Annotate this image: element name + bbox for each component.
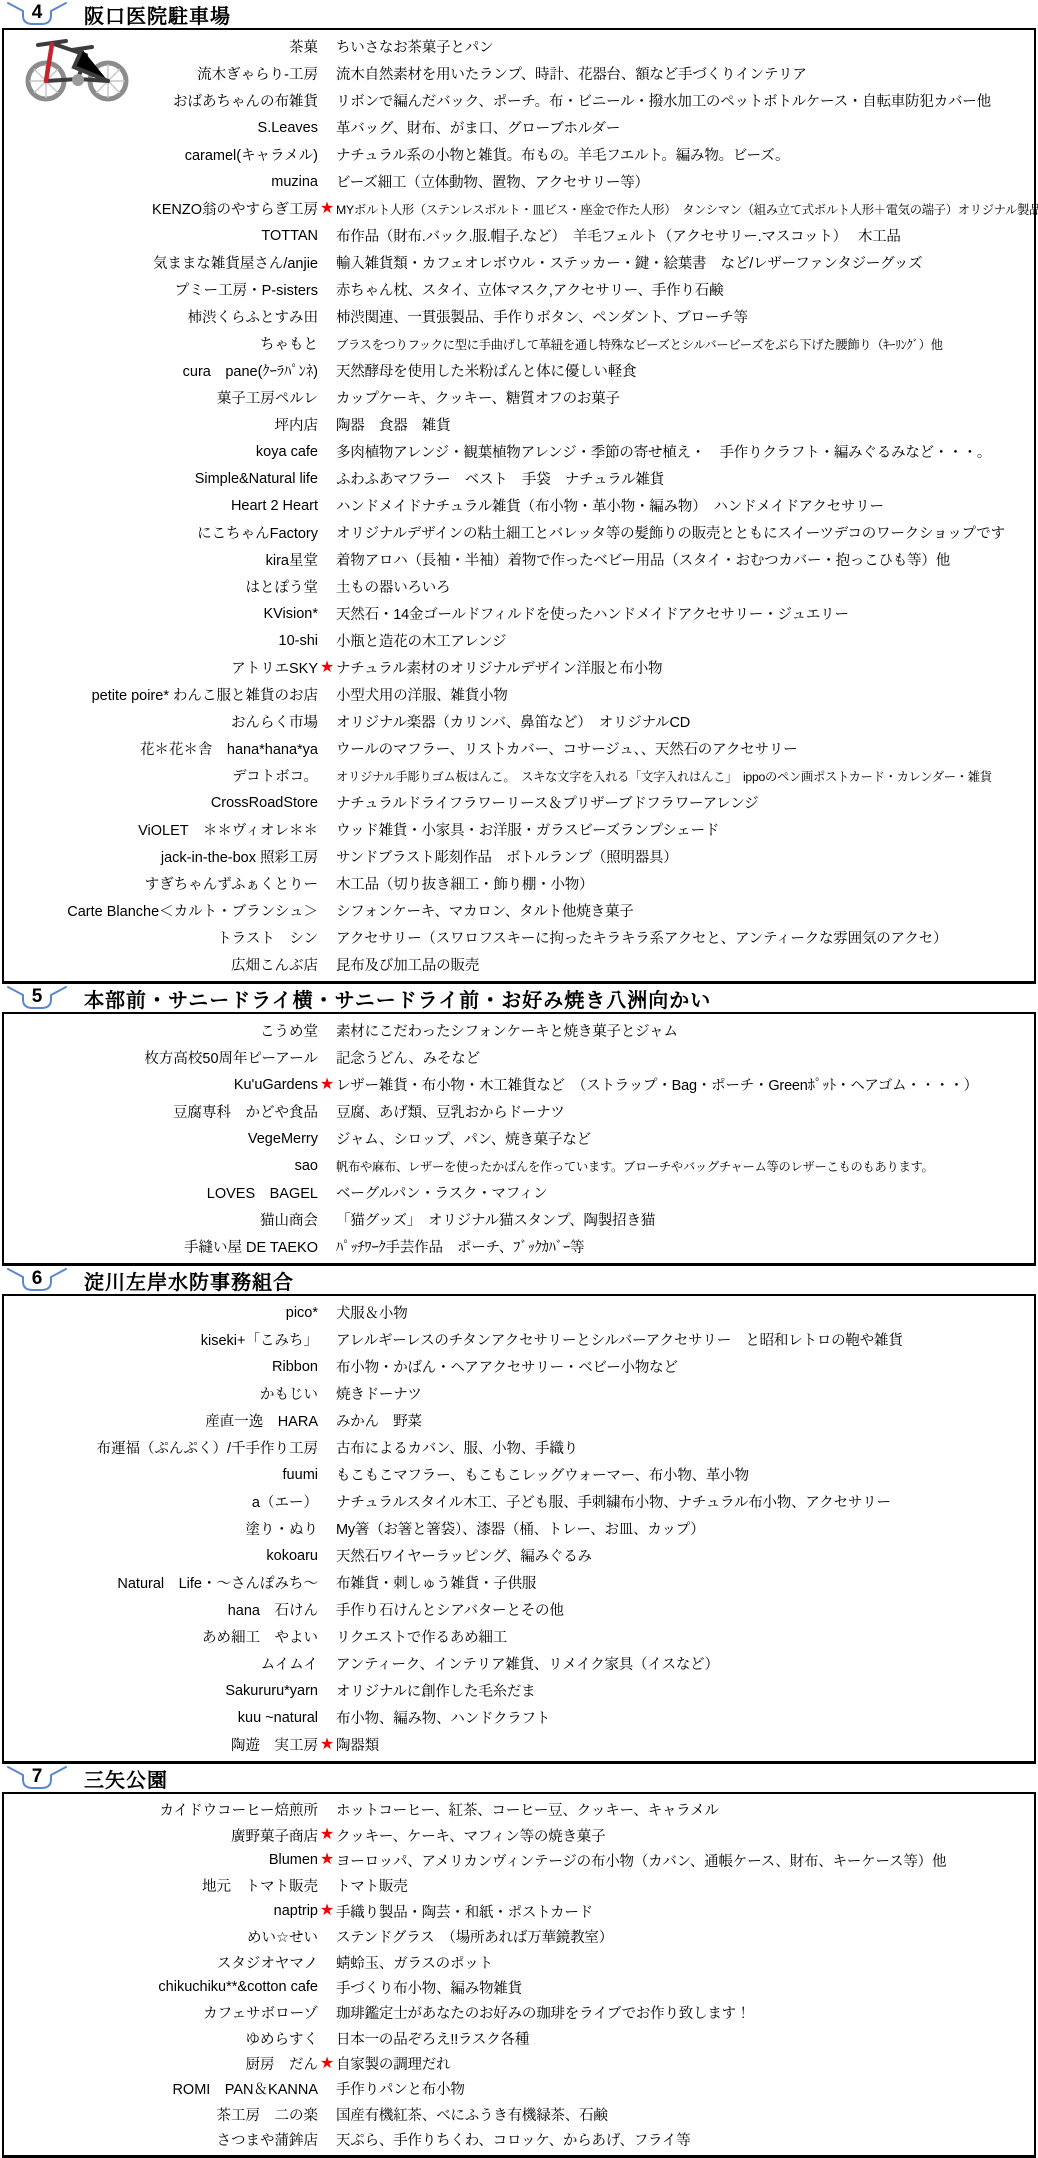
- vendor-name: 塗り・ぬり: [6, 1518, 318, 1539]
- vendor-name: 柿渋くらふとすみ田: [6, 306, 318, 327]
- vendor-description: ﾊﾟｯﾁﾜｰｸ手芸作品 ポーチ、ﾌﾞｯｸｶﾊﾞｰ等: [336, 1236, 1032, 1257]
- table-row: fuumi もこもこマフラー、もこもこレッグウォーマー、布小物、革小物: [6, 1461, 1032, 1488]
- table-row: 陶遊 実工房 ★ 陶器類: [6, 1731, 1032, 1758]
- vendor-description: シフォンケーキ、マカロン、タルト他焼き菓子: [336, 900, 1032, 921]
- vendor-description: 焼きドーナツ: [336, 1383, 1032, 1404]
- vendor-name: アトリエSKY: [6, 657, 318, 678]
- vendor-description: リクエストで作るあめ細工: [336, 1626, 1032, 1647]
- table-row: Blumen ★ ヨーロッパ、アメリカンヴィンテージの布小物（カバン、通帳ケース…: [6, 1848, 1032, 1873]
- table-row: トラスト シン アクセサリー（スワロフスキーに拘ったキラキラ系アクセと、アンティ…: [6, 924, 1032, 951]
- vendor-description: 手作りパンと布小物: [336, 2078, 1032, 2099]
- vendor-description: 革バッグ、財布、がま口、グローブホルダー: [336, 117, 1032, 138]
- vendor-description: オリジナルデザインの粘土細工とバレッタ等の髪飾りの販売とともにスイーツデコのワー…: [336, 522, 1032, 543]
- table-row: 柿渋くらふとすみ田 柿渋関連、一貫張製品、手作りボタン、ペンダント、ブローチ等: [6, 303, 1032, 330]
- vendor-description: 自家製の調理だれ: [336, 2053, 1032, 2074]
- table-row: petite poire* わんこ服と雑貨のお店 小型犬用の洋服、雑貨小物: [6, 681, 1032, 708]
- vendor-name: Heart 2 Heart: [6, 498, 318, 514]
- vendor-name: 枚方高校50周年ピーアール: [6, 1047, 318, 1068]
- vendor-description: 木工品（切り抜き細工・飾り棚・小物）: [336, 873, 1032, 894]
- vendor-name: 菓子工房ペルレ: [6, 387, 318, 408]
- section-header: 6 淀川左岸水防事務組合: [0, 1266, 1038, 1294]
- vendor-description: ジャム、シロップ、パン、焼き菓子など: [336, 1128, 1032, 1149]
- vendor-name: VegeMerry: [6, 1131, 318, 1147]
- numbered-cup-marker: 4: [6, 1, 68, 28]
- table-row: ムイムイ アンティーク、インテリア雑貨、リメイク家具（イスなど）: [6, 1650, 1032, 1677]
- vendor-name: kuu ~natural: [6, 1710, 318, 1726]
- vendor-rows: pico* 犬服＆小物 kiseki+「こみち」 アレルギーレスのチタンアクセサ…: [6, 1299, 1032, 1758]
- vendor-description: MYボルト人形（ステンレスボルト・皿ビス・座金で作た人形） タンシマン（組み立て…: [336, 200, 1038, 218]
- table-row: Sakururu*yarn オリジナルに創作した毛糸だま: [6, 1677, 1032, 1704]
- vendor-name: Simple&Natural life: [6, 471, 318, 487]
- vendor-name: 豆腐専科 かどや食品: [6, 1101, 318, 1122]
- section-box: 茶菓 ちいさなお茶菓子とパン 流木ぎゃらり-工房 流木自然素材を用いたランプ、時…: [2, 28, 1036, 984]
- table-row: あめ細工 やよい リクエストで作るあめ細工: [6, 1623, 1032, 1650]
- vendor-name: 陶遊 実工房: [6, 1734, 318, 1755]
- vendor-name: 廣野菓子商店: [6, 1825, 318, 1846]
- section-yodogawa-sagan: 6 淀川左岸水防事務組合 pico* 犬服＆小物 kiseki+「こみち」 アレ…: [0, 1266, 1038, 1764]
- table-row: ちゃもと ブラスをつりフックに型に手曲げして革紐を通し特殊なビーズとシルバービー…: [6, 330, 1032, 357]
- vendor-name: kiseki+「こみち」: [6, 1329, 318, 1350]
- star-icon: ★: [320, 200, 334, 217]
- table-row: デコトボコ。 オリジナル手彫りゴム板はんこ。 スキな文字を入れる「文字入れはんこ…: [6, 762, 1032, 789]
- vendor-description: ステンドグラス （場所あれば万華鏡教室）: [336, 1926, 1032, 1947]
- table-row: 流木ぎゃらり-工房 流木自然素材を用いたランプ、時計、花器台、額など手づくりイン…: [6, 60, 1032, 87]
- vendor-description: 日本一の品ぞろえ!!ラスク各種: [336, 2028, 1032, 2049]
- vendor-name: デコトボコ。: [6, 765, 318, 786]
- vendor-description: オリジナル楽器（カリンバ、鼻笛など） オリジナルCD: [336, 711, 1032, 732]
- vendor-name: 坪内店: [6, 414, 318, 435]
- table-row: すぎちゃんずふぁくとりー 木工品（切り抜き細工・飾り棚・小物）: [6, 870, 1032, 897]
- vendor-name: caramel(キャラメル): [6, 144, 318, 165]
- vendor-description: ホットコーヒー、紅茶、コーヒー豆、クッキー、キャラメル: [336, 1799, 1032, 1820]
- vendor-description: オリジナルに創作した毛糸だま: [336, 1680, 1032, 1701]
- vendor-description: 陶器 食器 雑貨: [336, 414, 1032, 435]
- vendor-name: sao: [6, 1158, 318, 1174]
- section-box: pico* 犬服＆小物 kiseki+「こみち」 アレルギーレスのチタンアクセサ…: [2, 1294, 1036, 1764]
- vendor-name: ViOLET ＊＊ヴィオレ＊＊: [6, 819, 318, 840]
- vendor-name: pico*: [6, 1305, 318, 1321]
- table-row: CrossRoadStore ナチュラルドライフラワーリース＆プリザーブドフラワ…: [6, 789, 1032, 816]
- vendor-description: 布小物・かばん・ヘアアクセサリー・ベビー小物など: [336, 1356, 1032, 1377]
- vendor-name: S.Leaves: [6, 120, 318, 136]
- star-icon: ★: [320, 1902, 334, 1919]
- vendor-description: ベーグルパン・ラスク・マフィン: [336, 1182, 1032, 1203]
- table-row: スタジオヤマノ 蜻蛉玉、ガラスのポット: [6, 1949, 1032, 1974]
- table-row: おんらく市場 オリジナル楽器（カリンバ、鼻笛など） オリジナルCD: [6, 708, 1032, 735]
- vendor-description: 土もの器いろいろ: [336, 576, 1032, 597]
- vendor-name: おんらく市場: [6, 711, 318, 732]
- vendor-description: ナチュラル素材のオリジナルデザイン洋服と布小物: [336, 657, 1032, 678]
- table-row: VegeMerry ジャム、シロップ、パン、焼き菓子など: [6, 1125, 1032, 1152]
- table-row: muzina ビーズ細工（立体動物、置物、アクセサリー等）: [6, 168, 1032, 195]
- vendor-description: ナチュラルスタイル木工、子ども服、手刺繍布小物、ナチュラル布小物、アクセサリー: [336, 1491, 1032, 1512]
- vendor-name: ちゃもと: [6, 333, 318, 354]
- section-box: こうめ堂 素材にこだわったシフォンケーキと焼き菓子とジャム 枚方高校50周年ピー…: [2, 1012, 1036, 1266]
- table-row: 菓子工房ペルレ カップケーキ、クッキー、糖質オフのお菓子: [6, 384, 1032, 411]
- table-row: 茶工房 二の楽 国産有機紅茶、べにふうき有機緑茶、石鹸: [6, 2102, 1032, 2127]
- star-icon: ★: [320, 1736, 334, 1753]
- table-row: TOTTAN 布作品（財布.バック.服.帽子.など） 羊毛フェルト（アクセサリー…: [6, 222, 1032, 249]
- table-row: アトリエSKY ★ ナチュラル素材のオリジナルデザイン洋服と布小物: [6, 654, 1032, 681]
- vendor-description: ヨーロッパ、アメリカンヴィンテージの布小物（カバン、通帳ケース、財布、キーケース…: [336, 1850, 1032, 1871]
- table-row: naptrip ★ 手織り製品・陶芸・和紙・ポストカード: [6, 1899, 1032, 1924]
- table-row: カイドウコーヒー焙煎所 ホットコーヒー、紅茶、コーヒー豆、クッキー、キャラメル: [6, 1797, 1032, 1822]
- table-row: caramel(キャラメル) ナチュラル系の小物と雑貨。布もの。羊毛フエルト。編…: [6, 141, 1032, 168]
- table-row: 手縫い屋 DE TAEKO ﾊﾟｯﾁﾜｰｸ手芸作品 ポーチ、ﾌﾞｯｸｶﾊﾞｰ等: [6, 1233, 1032, 1260]
- section-title: 阪口医院駐車場: [84, 0, 231, 29]
- table-row: cura pane(ｸｰﾗﾊﾟﾝﾈ) 天然酵母を使用した米粉ぱんと体に優しい軽食: [6, 357, 1032, 384]
- table-row: Ku'uGardens ★ レザー雑貨・布小物・木工雑貨など （ストラップ・Ba…: [6, 1071, 1032, 1098]
- vendor-list-page: 4 阪口医院駐車場: [0, 0, 1038, 2158]
- table-row: ゆめらすく 日本一の品ぞろえ!!ラスク各種: [6, 2026, 1032, 2051]
- table-row: Carte Blanche＜カルト・ブランシュ＞ シフォンケーキ、マカロン、タル…: [6, 897, 1032, 924]
- vendor-description: ビーズ細工（立体動物、置物、アクセサリー等）: [336, 171, 1032, 192]
- vendor-name: ROMI PAN＆KANNA: [6, 2078, 318, 2099]
- vendor-description: ウールのマフラー、リストカバー、コサージュ、、天然石のアクセサリー: [336, 738, 1032, 759]
- table-row: koya cafe 多肉植物アレンジ・観葉植物アレンジ・季節の寄せ植え・ 手作り…: [6, 438, 1032, 465]
- star-icon: ★: [320, 1076, 334, 1093]
- vendor-description: 記念うどん、みそなど: [336, 1047, 1032, 1068]
- vendor-description: 天ぷら、手作りちくわ、コロッケ、からあげ、フライ等: [336, 2129, 1032, 2150]
- table-row: 布運福（ぷんぷく）/千手作り工房 古布によるカバン、服、小物、手織り: [6, 1434, 1032, 1461]
- vendor-name: cura pane(ｸｰﾗﾊﾟﾝﾈ): [6, 360, 318, 381]
- vendor-description: 手づくり布小物、編み物雑貨: [336, 1977, 1032, 1998]
- section-number: 5: [6, 986, 68, 1008]
- vendor-rows: 茶菓 ちいさなお茶菓子とパン 流木ぎゃらり-工房 流木自然素材を用いたランプ、時…: [6, 33, 1032, 978]
- vendor-name: muzina: [6, 174, 318, 190]
- vendor-name: KVision*: [6, 606, 318, 622]
- vendor-name: 花＊花＊舎 hana*hana*ya: [6, 738, 318, 759]
- vendor-description: 赤ちゃん枕、スタイ、立体マスク,アクセサリー、手作り石鹸: [336, 279, 1032, 300]
- vendor-description: トマト販売: [336, 1875, 1032, 1896]
- vendor-description: ハンドメイドナチュラル雑貨（布小物・革小物・編み物） ハンドメイドアクセサリー: [336, 495, 1032, 516]
- vendor-name: fuumi: [6, 1467, 318, 1483]
- table-row: めい☆せい ステンドグラス （場所あれば万華鏡教室）: [6, 1924, 1032, 1949]
- vendor-name: LOVES BAGEL: [6, 1182, 318, 1203]
- vendor-name: さつまや蒲鉾店: [6, 2129, 318, 2150]
- vendor-name: プミー工房・P-sisters: [6, 279, 318, 300]
- numbered-cup-marker: 6: [6, 1267, 68, 1294]
- table-row: 坪内店 陶器 食器 雑貨: [6, 411, 1032, 438]
- section-mitsuya-park: 7 三矢公園 カイドウコーヒー焙煎所 ホットコーヒー、紅茶、コーヒー豆、クッキー…: [0, 1764, 1038, 2158]
- vendor-description: 天然酵母を使用した米粉ぱんと体に優しい軽食: [336, 360, 1032, 381]
- table-row: 気ままな雑貨屋さん/anjie 輸入雑貨類・カフェオレボウル・ステッカー・鍵・絵…: [6, 249, 1032, 276]
- table-row: KENZO翁のやすらぎ工房 ★ MYボルト人形（ステンレスボルト・皿ビス・座金で…: [6, 195, 1032, 222]
- star-icon: ★: [320, 1851, 334, 1868]
- vendor-name: 地元 トマト販売: [6, 1875, 318, 1896]
- vendor-description: 手作り石けんとシアバターとその他: [336, 1599, 1032, 1620]
- vendor-description: 天然石ワイヤーラッピング、編みぐるみ: [336, 1545, 1032, 1566]
- star-icon: ★: [320, 2055, 334, 2072]
- vendor-name: jack-in-the-box 照彩工房: [6, 846, 318, 867]
- table-row: 茶菓 ちいさなお茶菓子とパン: [6, 33, 1032, 60]
- table-row: Heart 2 Heart ハンドメイドナチュラル雑貨（布小物・革小物・編み物）…: [6, 492, 1032, 519]
- vendor-name: KENZO翁のやすらぎ工房: [6, 198, 318, 219]
- vendor-description: My箸（お箸と箸袋）、漆器（桶、トレー、お皿、カップ）: [336, 1518, 1032, 1539]
- section-number: 4: [6, 2, 68, 24]
- section-title: 三矢公園: [84, 1764, 168, 1793]
- vendor-name: かもじい: [6, 1383, 318, 1404]
- table-row: kuu ~natural 布小物、編み物、ハンドクラフト: [6, 1704, 1032, 1731]
- table-row: a（エー） ナチュラルスタイル木工、子ども服、手刺繍布小物、ナチュラル布小物、ア…: [6, 1488, 1032, 1515]
- vendor-description: 小型犬用の洋服、雑貨小物: [336, 684, 1032, 705]
- vendor-name: koya cafe: [6, 444, 318, 460]
- section-sakaguchi-parking: 4 阪口医院駐車場: [0, 0, 1038, 984]
- vendor-description: 昆布及び加工品の販売: [336, 954, 1032, 975]
- vendor-description: 帆布や麻布、レザーを使ったかばんを作っています。ブローチやバッグチャーム等のレザ…: [336, 1157, 1032, 1175]
- table-row: こうめ堂 素材にこだわったシフォンケーキと焼き菓子とジャム: [6, 1017, 1032, 1044]
- vendor-name: hana 石けん: [6, 1599, 318, 1620]
- vendor-description: 犬服＆小物: [336, 1302, 1032, 1323]
- vendor-name: ムイムイ: [6, 1653, 318, 1674]
- vendor-name: カフェサボローゾ: [6, 2002, 318, 2023]
- table-row: 産直一逸 HARA みかん 野菜: [6, 1407, 1032, 1434]
- vendor-name: 気ままな雑貨屋さん/anjie: [6, 252, 318, 273]
- vendor-description: リボンで編んだバック、ポーチ。布・ビニール・撥水加工のペットボトルケース・自転車…: [336, 90, 1032, 111]
- table-row: 地元 トマト販売 トマト販売: [6, 1873, 1032, 1898]
- vendor-name: こうめ堂: [6, 1020, 318, 1041]
- vendor-name: トラスト シン: [6, 927, 318, 948]
- table-row: 厨房 だん ★ 自家製の調理だれ: [6, 2051, 1032, 2076]
- table-row: にこちゃんFactory オリジナルデザインの粘土細工とバレッタ等の髪飾りの販売…: [6, 519, 1032, 546]
- vendor-name: Sakururu*yarn: [6, 1683, 318, 1699]
- table-row: さつまや蒲鉾店 天ぷら、手作りちくわ、コロッケ、からあげ、フライ等: [6, 2127, 1032, 2152]
- vendor-name: めい☆せい: [6, 1926, 318, 1947]
- vendor-name: Ribbon: [6, 1359, 318, 1375]
- vendor-description: オリジナル手彫りゴム板はんこ。 スキな文字を入れる「文字入れはんこ」 ippoの…: [336, 767, 1032, 785]
- star-icon: ★: [320, 1826, 334, 1843]
- vendor-name: TOTTAN: [6, 228, 318, 244]
- vendor-description: 蜻蛉玉、ガラスのポット: [336, 1952, 1032, 1973]
- section-title: 淀川左岸水防事務組合: [84, 1266, 294, 1295]
- table-row: 猫山商会 「猫グッズ」 オリジナル猫スタンプ、陶製招き猫: [6, 1206, 1032, 1233]
- vendor-description: 古布によるカバン、服、小物、手織り: [336, 1437, 1032, 1458]
- section-number: 6: [6, 1268, 68, 1290]
- table-row: kokoaru 天然石ワイヤーラッピング、編みぐるみ: [6, 1542, 1032, 1569]
- table-row: kira星堂 着物アロハ（長袖・半袖）着物で作ったベビー用品（スタイ・おむつカバ…: [6, 546, 1032, 573]
- vendor-description: ふわふあマフラー ベスト 手袋 ナチュラル雑貨: [336, 468, 1032, 489]
- table-row: おばあちゃんの布雑貨 リボンで編んだバック、ポーチ。布・ビニール・撥水加工のペッ…: [6, 87, 1032, 114]
- numbered-cup-marker: 7: [6, 1765, 68, 1792]
- vendor-description: アクセサリー（スワロフスキーに拘ったキラキラ系アクセと、アンティークな雰囲気のア…: [336, 927, 1032, 948]
- table-row: hana 石けん 手作り石けんとシアバターとその他: [6, 1596, 1032, 1623]
- vendor-name: ゆめらすく: [6, 2028, 318, 2049]
- vendor-description: 多肉植物アレンジ・観葉植物アレンジ・季節の寄せ植え・ 手作りクラフト・編みぐるみ…: [336, 441, 1032, 462]
- table-row: 広畑こんぶ店 昆布及び加工品の販売: [6, 951, 1032, 978]
- table-row: LOVES BAGEL ベーグルパン・ラスク・マフィン: [6, 1179, 1032, 1206]
- vendor-description: カップケーキ、クッキー、糖質オフのお菓子: [336, 387, 1032, 408]
- section-header: 5 本部前・サニードライ横・サニードライ前・お好み焼き八洲向かい: [0, 984, 1038, 1012]
- table-row: 花＊花＊舎 hana*hana*ya ウールのマフラー、リストカバー、コサージュ…: [6, 735, 1032, 762]
- vendor-description: 布小物、編み物、ハンドクラフト: [336, 1707, 1032, 1728]
- vendor-name: 厨房 だん: [6, 2053, 318, 2074]
- vendor-description: 小瓶と造花の木工アレンジ: [336, 630, 1032, 651]
- vendor-name: カイドウコーヒー焙煎所: [6, 1799, 318, 1820]
- vendor-name: petite poire* わんこ服と雑貨のお店: [6, 684, 318, 705]
- table-row: Ribbon 布小物・かばん・ヘアアクセサリー・ベビー小物など: [6, 1353, 1032, 1380]
- vendor-name: 産直一逸 HARA: [6, 1410, 318, 1431]
- vendor-description: レザー雑貨・布小物・木工雑貨など （ストラップ・Bag・ポーチ・Greenﾎﾟｯ…: [336, 1074, 1032, 1095]
- table-row: 枚方高校50周年ピーアール 記念うどん、みそなど: [6, 1044, 1032, 1071]
- vendor-name: a（エー）: [6, 1491, 318, 1512]
- table-row: 豆腐専科 かどや食品 豆腐、あげ類、豆乳おからドーナツ: [6, 1098, 1032, 1125]
- vendor-name: kokoaru: [6, 1548, 318, 1564]
- section-title: 本部前・サニードライ横・サニードライ前・お好み焼き八洲向かい: [84, 984, 711, 1013]
- vendor-name: 10-shi: [6, 633, 318, 649]
- vendor-name: はとぽう堂: [6, 576, 318, 597]
- vendor-description: ブラスをつりフックに型に手曲げして革紐を通し特殊なビーズとシルバービーズをぶら下…: [336, 335, 1032, 353]
- vendor-name: 手縫い屋 DE TAEKO: [6, 1236, 318, 1257]
- vendor-description: もこもこマフラー、もこもこレッグウォーマー、布小物、革小物: [336, 1464, 1032, 1485]
- vendor-rows: カイドウコーヒー焙煎所 ホットコーヒー、紅茶、コーヒー豆、クッキー、キャラメル …: [6, 1797, 1032, 2152]
- vendor-description: 天然石・14金ゴールドフィルドを使ったハンドメイドアクセサリー・ジュエリー: [336, 603, 1032, 624]
- vendor-description: 陶器類: [336, 1734, 1032, 1755]
- vendor-rows: こうめ堂 素材にこだわったシフォンケーキと焼き菓子とジャム 枚方高校50周年ピー…: [6, 1017, 1032, 1260]
- section-number: 7: [6, 1766, 68, 1788]
- vendor-description: 流木自然素材を用いたランプ、時計、花器台、額など手づくりインテリア: [336, 63, 1032, 84]
- vendor-name: Blumen: [6, 1852, 318, 1868]
- vendor-description: ちいさなお茶菓子とパン: [336, 36, 1032, 57]
- vendor-name: 猫山商会: [6, 1209, 318, 1230]
- bicycle-icon: [16, 37, 138, 108]
- section-header: 7 三矢公園: [0, 1764, 1038, 1792]
- vendor-description: 着物アロハ（長袖・半袖）着物で作ったベビー用品（スタイ・おむつカバー・抱っこひも…: [336, 549, 1032, 570]
- vendor-name: あめ細工 やよい: [6, 1626, 318, 1647]
- vendor-description: 布作品（財布.バック.服.帽子.など） 羊毛フェルト（アクセサリー.マスコット）…: [336, 225, 1032, 246]
- vendor-name: 広畑こんぶ店: [6, 954, 318, 975]
- vendor-description: 素材にこだわったシフォンケーキと焼き菓子とジャム: [336, 1020, 1032, 1041]
- vendor-description: アンティーク、インテリア雑貨、リメイク家具（イスなど）: [336, 1653, 1032, 1674]
- vendor-name: Carte Blanche＜カルト・ブランシュ＞: [6, 900, 318, 921]
- vendor-name: Ku'uGardens: [6, 1077, 318, 1093]
- vendor-description: 「猫グッズ」 オリジナル猫スタンプ、陶製招き猫: [336, 1209, 1032, 1230]
- star-icon: ★: [320, 659, 334, 676]
- vendor-description: 珈琲鑑定士があなたのお好みの珈琲をライブでお作り致します！: [336, 2002, 1032, 2023]
- vendor-name: すぎちゃんずふぁくとりー: [6, 873, 318, 894]
- table-row: sao 帆布や麻布、レザーを使ったかばんを作っています。ブローチやバッグチャーム…: [6, 1152, 1032, 1179]
- vendor-description: 手織り製品・陶芸・和紙・ポストカード: [336, 1901, 1032, 1922]
- vendor-name: CrossRoadStore: [6, 795, 318, 811]
- vendor-name: にこちゃんFactory: [6, 522, 318, 543]
- table-row: Simple&Natural life ふわふあマフラー ベスト 手袋 ナチュラ…: [6, 465, 1032, 492]
- vendor-description: 輸入雑貨類・カフェオレボウル・ステッカー・鍵・絵葉書 など/レザーファンタジーグ…: [336, 252, 1032, 273]
- vendor-name: naptrip: [6, 1903, 318, 1919]
- vendor-description: 国産有機紅茶、べにふうき有機緑茶、石鹸: [336, 2104, 1032, 2125]
- vendor-description: サンドブラスト彫刻作品 ボトルランプ（照明器具）: [336, 846, 1032, 867]
- table-row: かもじい 焼きドーナツ: [6, 1380, 1032, 1407]
- table-row: プミー工房・P-sisters 赤ちゃん枕、スタイ、立体マスク,アクセサリー、手…: [6, 276, 1032, 303]
- vendor-description: アレルギーレスのチタンアクセサリーとシルバーアクセサリー と昭和レトロの鞄や雑貨: [336, 1329, 1032, 1350]
- section-box: カイドウコーヒー焙煎所 ホットコーヒー、紅茶、コーヒー豆、クッキー、キャラメル …: [2, 1792, 1036, 2158]
- table-row: kiseki+「こみち」 アレルギーレスのチタンアクセサリーとシルバーアクセサリ…: [6, 1326, 1032, 1353]
- vendor-description: 豆腐、あげ類、豆乳おからドーナツ: [336, 1101, 1032, 1122]
- vendor-name: 布運福（ぷんぷく）/千手作り工房: [6, 1437, 318, 1458]
- vendor-description: クッキー、ケーキ、マフィン等の焼き菓子: [336, 1825, 1032, 1846]
- table-row: 塗り・ぬり My箸（お箸と箸袋）、漆器（桶、トレー、お皿、カップ）: [6, 1515, 1032, 1542]
- table-row: 10-shi 小瓶と造花の木工アレンジ: [6, 627, 1032, 654]
- numbered-cup-marker: 5: [6, 985, 68, 1012]
- table-row: 廣野菓子商店 ★ クッキー、ケーキ、マフィン等の焼き菓子: [6, 1822, 1032, 1847]
- vendor-description: みかん 野菜: [336, 1410, 1032, 1431]
- table-row: S.Leaves 革バッグ、財布、がま口、グローブホルダー: [6, 114, 1032, 141]
- vendor-name: chikuchiku**&cotton cafe: [6, 1979, 318, 1995]
- table-row: jack-in-the-box 照彩工房 サンドブラスト彫刻作品 ボトルランプ（…: [6, 843, 1032, 870]
- table-row: カフェサボローゾ 珈琲鑑定士があなたのお好みの珈琲をライブでお作り致します！: [6, 2000, 1032, 2025]
- vendor-description: 柿渋関連、一貫張製品、手作りボタン、ペンダント、ブローチ等: [336, 306, 1032, 327]
- vendor-description: 布雑貨・刺しゅう雑貨・子供服: [336, 1572, 1032, 1593]
- vendor-description: ナチュラル系の小物と雑貨。布もの。羊毛フエルト。編み物。ビーズ。: [336, 144, 1032, 165]
- table-row: chikuchiku**&cotton cafe 手づくり布小物、編み物雑貨: [6, 1975, 1032, 2000]
- section-honbu-mae: 5 本部前・サニードライ横・サニードライ前・お好み焼き八洲向かい こうめ堂 素材…: [0, 984, 1038, 1266]
- table-row: KVision* 天然石・14金ゴールドフィルドを使ったハンドメイドアクセサリー…: [6, 600, 1032, 627]
- table-row: ViOLET ＊＊ヴィオレ＊＊ ウッド雑貨・小家具・お洋服・ガラスビーズランプシ…: [6, 816, 1032, 843]
- vendor-name: kira星堂: [6, 549, 318, 570]
- vendor-description: ナチュラルドライフラワーリース＆プリザーブドフラワーアレンジ: [336, 792, 1032, 813]
- section-header: 4 阪口医院駐車場: [0, 0, 1038, 28]
- table-row: はとぽう堂 土もの器いろいろ: [6, 573, 1032, 600]
- table-row: ROMI PAN＆KANNA 手作りパンと布小物: [6, 2076, 1032, 2101]
- vendor-description: ウッド雑貨・小家具・お洋服・ガラスビーズランプシェード: [336, 819, 1032, 840]
- vendor-name: Natural Life・～さんぽみち～: [6, 1572, 318, 1593]
- vendor-name: 茶工房 二の楽: [6, 2104, 318, 2125]
- vendor-name: スタジオヤマノ: [6, 1952, 318, 1973]
- table-row: pico* 犬服＆小物: [6, 1299, 1032, 1326]
- table-row: Natural Life・～さんぽみち～ 布雑貨・刺しゅう雑貨・子供服: [6, 1569, 1032, 1596]
